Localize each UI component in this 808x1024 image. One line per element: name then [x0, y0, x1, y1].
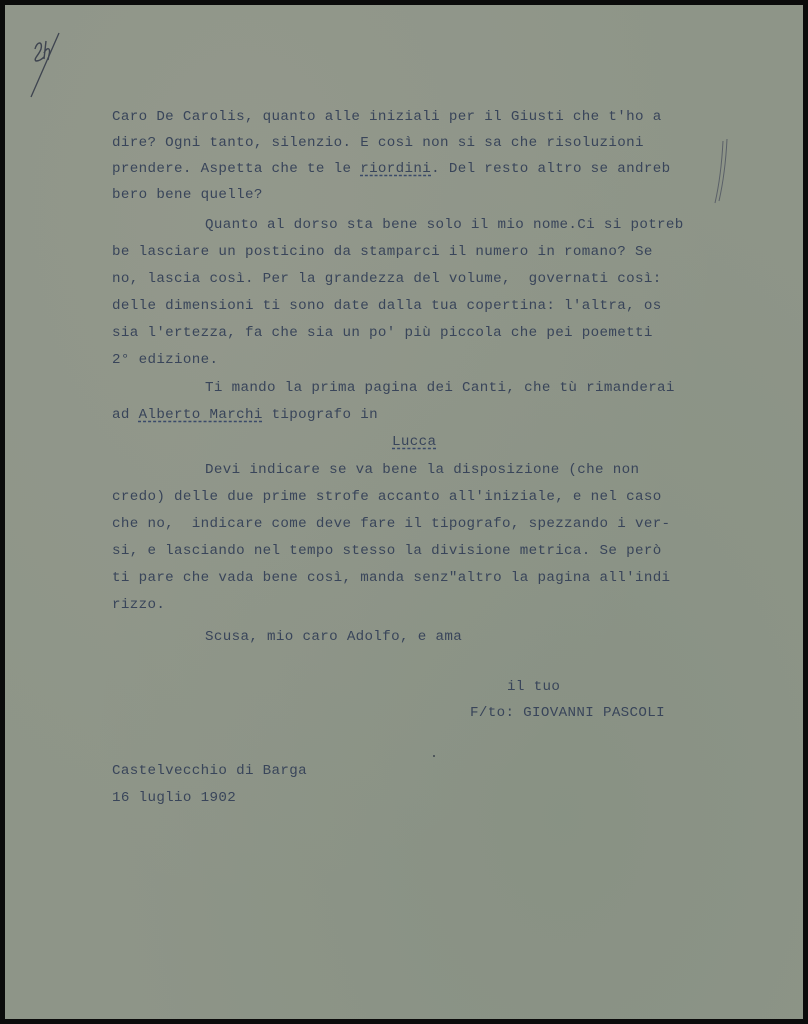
letter-line-6: be lasciare un posticino da stamparci il… [112, 243, 653, 261]
line-12-prefix: ad [112, 407, 139, 423]
letter-line-3: prendere. Aspetta che te le riordini. De… [112, 160, 670, 178]
letter-line-10: 2° edizione. [112, 351, 218, 369]
line-3-prefix: prendere. Aspetta che te le [112, 161, 360, 177]
margin-double-stroke-mark-icon [711, 137, 731, 207]
letter-line-8: delle dimensioni ti sono date dalla tua … [112, 297, 662, 315]
date: 16 luglio 1902 [112, 789, 236, 807]
underlined-alberto-marchi: Alberto Marchi [139, 407, 263, 423]
letter-line-7: no, lascia così. Per la grandezza del vo… [112, 270, 662, 288]
ink-speck [433, 755, 435, 757]
letter-line-17: si, e lasciando nel tempo stesso la divi… [112, 542, 662, 560]
letter-line-9: sia l'ertezza, fa che sia un po' più pic… [112, 324, 653, 342]
closing-salutation: il tuo [507, 678, 560, 696]
letter-line-16: che no, indicare come deve fare il tipog… [112, 515, 670, 533]
letter-line-15: credo) delle due prime strofe accanto al… [112, 488, 662, 506]
underlined-lucca: Lucca [392, 434, 436, 450]
letter-line-5: Quanto al dorso sta bene solo il mio nom… [205, 216, 684, 234]
letter-line-2: dire? Ogni tanto, silenzio. E così non s… [112, 134, 644, 152]
place: Castelvecchio di Barga [112, 762, 307, 780]
underlined-riordini: riordini [360, 161, 431, 177]
letter-page: Caro De Carolis, quanto alle iniziali pe… [5, 5, 803, 1019]
letter-line-11: Ti mando la prima pagina dei Canti, che … [205, 379, 675, 397]
letter-line-4: bero bene quelle? [112, 186, 263, 204]
archive-number-annotation-icon [27, 19, 67, 99]
signature: F/to: GIOVANNI PASCOLI [470, 704, 665, 722]
scan-border-notch [0, 856, 3, 872]
line-12-suffix: tipografo in [263, 407, 378, 423]
letter-line-18: ti pare che vada bene così, manda senz"a… [112, 569, 670, 587]
letter-line-20: Scusa, mio caro Adolfo, e ama [205, 628, 462, 646]
letter-line-19: rizzo. [112, 596, 165, 614]
letter-line-14: Devi indicare se va bene la disposizione… [205, 461, 639, 479]
line-3-suffix: . Del resto altro se andreb [431, 161, 670, 177]
letter-line-13: Lucca [392, 433, 436, 451]
letter-line-12: ad Alberto Marchi tipografo in [112, 406, 378, 424]
letter-line-1: Caro De Carolis, quanto alle iniziali pe… [112, 108, 662, 126]
